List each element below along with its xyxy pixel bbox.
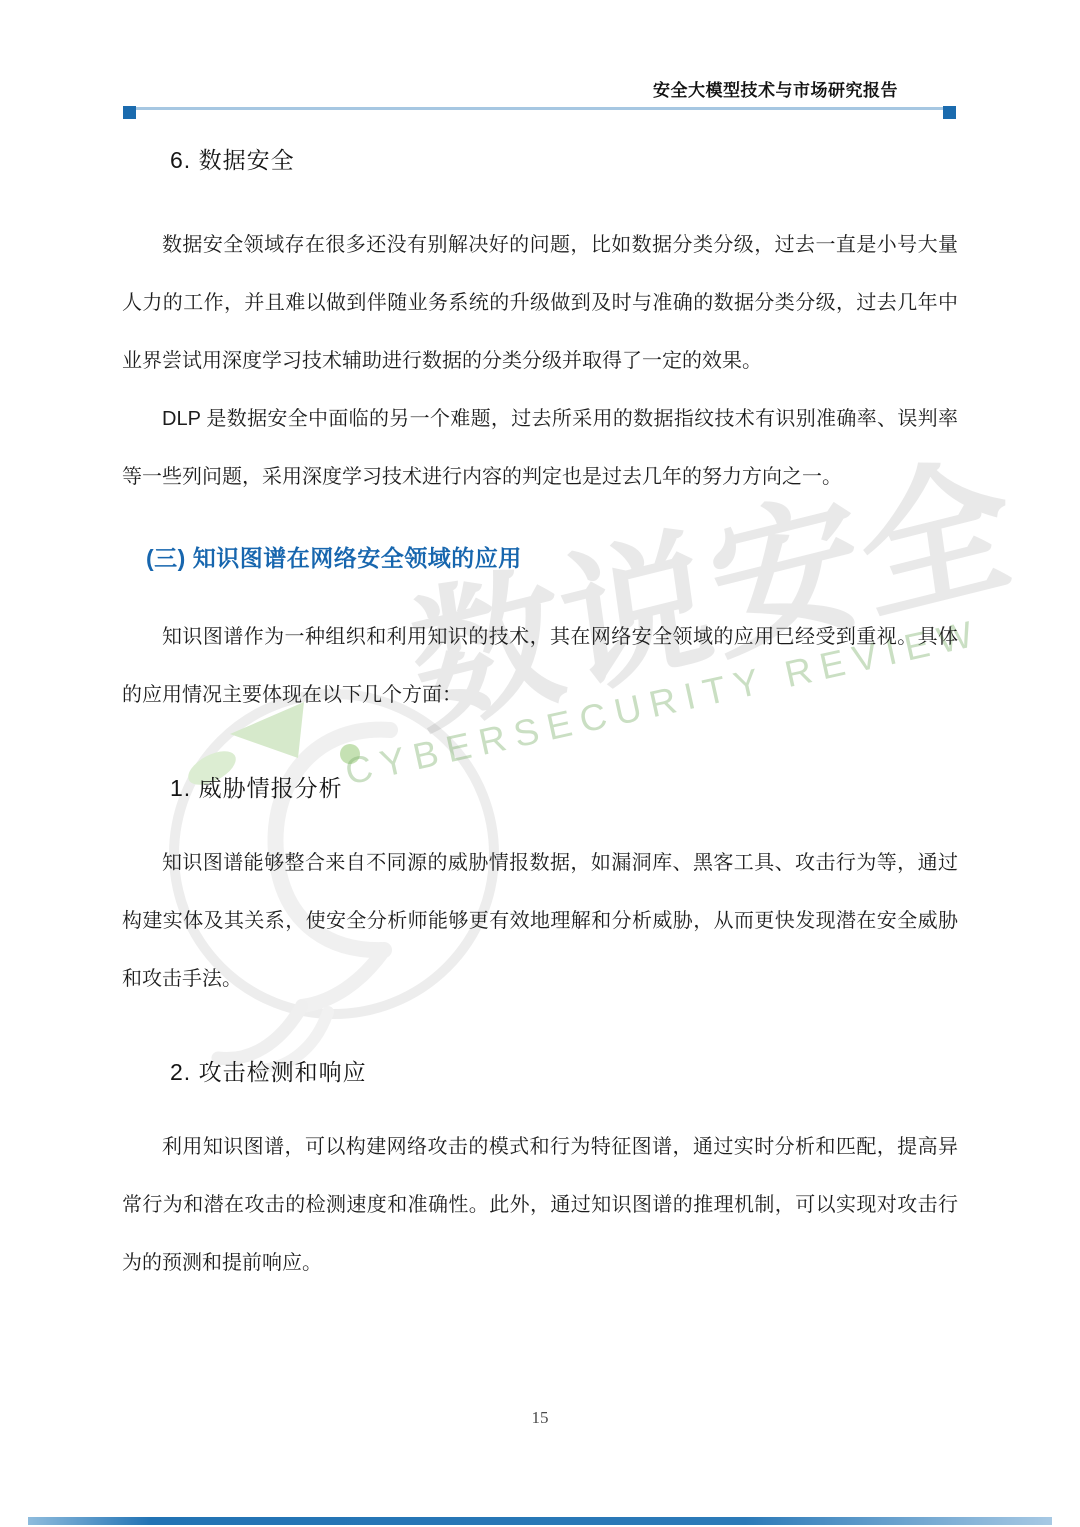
page-header: 安全大模型技术与市场研究报告 xyxy=(123,0,953,110)
heading-knowledge-graph-section: (三) 知识图谱在网络安全领域的应用 xyxy=(146,542,958,574)
paragraph-dlp: DLP 是数据安全中面临的另一个难题，过去所采用的数据指纹技术有识别准确率、误判… xyxy=(122,390,958,506)
paragraph-data-security: 数据安全领域存在很多还没有别解决好的问题，比如数据分类分级，过去一直是小号大量人… xyxy=(122,216,958,390)
page-number: 15 xyxy=(0,1408,1080,1428)
report-page: 数说安全 CYBERSECURITY REVIEW 安全大模型技术与市场研究报告… xyxy=(0,0,1080,1527)
report-title: 安全大模型技术与市场研究报告 xyxy=(123,76,953,101)
heading-data-security: 6. 数据安全 xyxy=(170,144,958,176)
document-body: 6. 数据安全 数据安全领域存在很多还没有别解决好的问题，比如数据分类分级，过去… xyxy=(122,144,958,1292)
paragraph-knowledge-graph-intro: 知识图谱作为一种组织和利用知识的技术，其在网络安全领域的应用已经受到重视。具体的… xyxy=(122,608,958,724)
heading-attack-detection-response: 2. 攻击检测和响应 xyxy=(170,1057,958,1087)
header-rule xyxy=(123,107,953,110)
footer-bar xyxy=(28,1517,1052,1525)
header-rule-left-square-icon xyxy=(123,106,136,119)
paragraph-attack-detection-response: 利用知识图谱，可以构建网络攻击的模式和行为特征图谱，通过实时分析和匹配，提高异常… xyxy=(122,1118,958,1292)
paragraph-threat-intel-analysis: 知识图谱能够整合来自不同源的威胁情报数据，如漏洞库、黑客工具、攻击行为等，通过构… xyxy=(122,834,958,1008)
header-rule-right-square-icon xyxy=(943,106,956,119)
heading-threat-intel-analysis: 1. 威胁情报分析 xyxy=(170,773,958,803)
